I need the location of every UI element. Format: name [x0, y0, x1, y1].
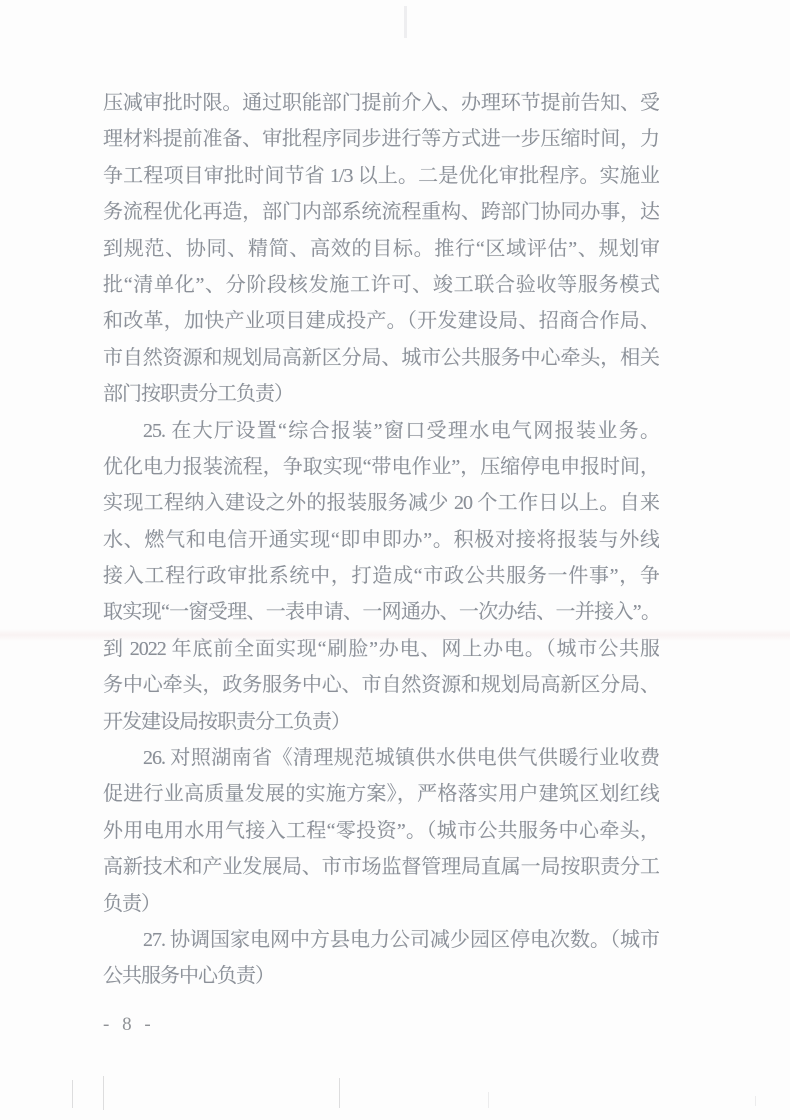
text-line: 理材料提前准备、审批程序同步进行等方式进一步压缩时间，力	[103, 121, 659, 157]
text-line: 和改革，加快产业项目建成投产。（开发建设局、招商合作局、	[103, 303, 659, 339]
paragraph-continuation: 压减审批时限。通过职能部门提前介入、办理环节提前告知、受 理材料提前准备、审批程…	[103, 85, 659, 413]
text-line: 开发建设局按职责分工负责）	[103, 704, 659, 740]
text-line: 负责）	[103, 886, 659, 922]
paragraph-item-27: 27. 协调国家电网中方县电力公司减少园区停电次数。（城市 公共服务中心负责）	[103, 922, 659, 995]
page-number: - 8 -	[103, 1014, 155, 1036]
scanned-document-page: 压减审批时限。通过职能部门提前介入、办理环节提前告知、受 理材料提前准备、审批程…	[0, 0, 790, 1120]
text-line: 到规范、协同、精简、高效的目标。推行“区域评估”、规划审	[103, 231, 659, 267]
text-line: 外用电用水用气接入工程“零投资”。（城市公共服务中心牵头，	[103, 813, 659, 849]
text-line: 水、燃气和电信开通实现“即申即办”。积极对接将报装与外线	[103, 522, 659, 558]
scan-streak-artifact	[103, 1076, 104, 1110]
scan-streak-artifact	[339, 1078, 340, 1108]
scan-streak-artifact	[404, 6, 407, 38]
text-line: 公共服务中心负责）	[103, 958, 659, 994]
document-body: 压减审批时限。通过职能部门提前介入、办理环节提前告知、受 理材料提前准备、审批程…	[103, 85, 659, 995]
text-line: 接入工程行政审批系统中，打造成“市政公共服务一件事”，争	[103, 558, 659, 594]
text-line: 促进行业高质量发展的实施方案》，严格落实用户建筑区划红线	[103, 776, 659, 812]
text-line: 部门按职责分工负责）	[103, 376, 659, 412]
text-line: 高新技术和产业发展局、市市场监督管理局直属一局按职责分工	[103, 849, 659, 885]
text-line: 争工程项目审批时间节省 1/3 以上。二是优化审批程序。实施业	[103, 158, 659, 194]
text-line: 务流程优化再造，部门内部系统流程重构、跨部门协同办事，达	[103, 194, 659, 230]
text-line: 27. 协调国家电网中方县电力公司减少园区停电次数。（城市	[103, 922, 659, 958]
text-line: 25. 在大厅设置“综合报装”窗口受理水电气网报装业务。	[103, 413, 659, 449]
text-line: 到 2022 年底前全面实现“刷脸”办电、网上办电。（城市公共服	[103, 631, 659, 667]
scan-streak-artifact	[72, 1080, 73, 1108]
scan-streak-artifact	[755, 1096, 756, 1106]
scan-streak-artifact	[488, 1092, 489, 1108]
text-line: 压减审批时限。通过职能部门提前介入、办理环节提前告知、受	[103, 85, 659, 121]
text-line: 优化电力报装流程，争取实现“带电作业”，压缩停电申报时间，	[103, 449, 659, 485]
text-line: 务中心牵头，政务服务中心、市自然资源和规划局高新区分局、	[103, 667, 659, 703]
text-line: 取实现“一窗受理、一表申请、一网通办、一次办结、一并接入”。	[103, 594, 659, 630]
text-line: 实现工程纳入建设之外的报装服务减少 20 个工作日以上。自来	[103, 485, 659, 521]
paragraph-item-26: 26. 对照湖南省《清理规范城镇供水供电供气供暖行业收费 促进行业高质量发展的实…	[103, 740, 659, 922]
text-line: 市自然资源和规划局高新区分局、城市公共服务中心牵头，相关	[103, 340, 659, 376]
text-line: 26. 对照湖南省《清理规范城镇供水供电供气供暖行业收费	[103, 740, 659, 776]
paragraph-item-25: 25. 在大厅设置“综合报装”窗口受理水电气网报装业务。 优化电力报装流程，争取…	[103, 413, 659, 741]
text-line: 批“清单化”、分阶段核发施工许可、竣工联合验收等服务模式	[103, 267, 659, 303]
